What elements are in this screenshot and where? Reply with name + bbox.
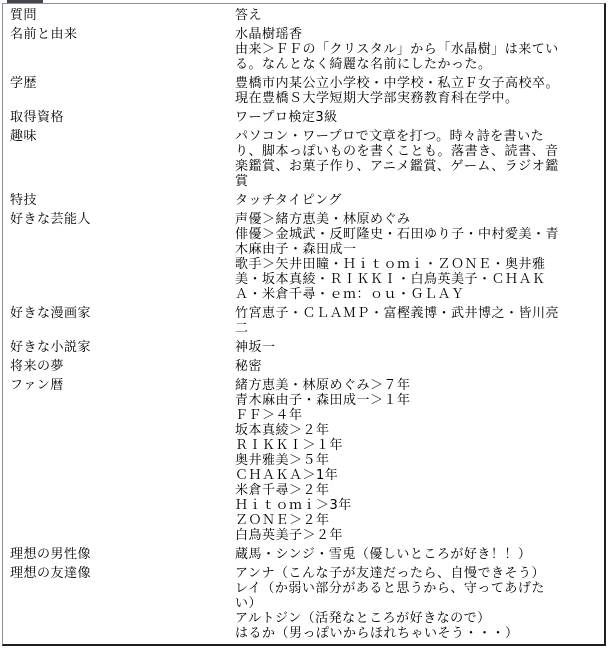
profile-table: 質問 答え 名前と由来 水晶樹瑶香 由来＞ＦＦの「クリスタル」から「水晶樹」は来… bbox=[3, 4, 604, 644]
answer-cell: 豊橋市内某公立小学校・中学校・私立Ｆ女子高校卒。 現在豊橋Ｓ大学短期大学部実務教… bbox=[235, 72, 604, 106]
table-row: 理想の男性像 蔵馬・シンジ・雪兎（優しいところが好き！！） bbox=[3, 543, 604, 562]
question-cell: 好きな芸能人 bbox=[3, 208, 235, 302]
table-row: 取得資格 ワープロ検定3級 bbox=[3, 106, 604, 125]
table-row: 好きな小説家 神坂一 bbox=[3, 336, 604, 355]
question-cell: 学歴 bbox=[3, 72, 235, 106]
answer-cell: 緒方恵美・林原めぐみ＞７年 青木麻由子・森田成一＞１年 ＦＦ＞４年 坂本真綾＞２… bbox=[235, 374, 604, 543]
question-cell: 将来の夢 bbox=[3, 355, 235, 374]
question-cell: 理想の男性像 bbox=[3, 543, 235, 562]
table-row: 特技 タッチタイピング bbox=[3, 189, 604, 208]
answer-cell: 竹宮恵子・ＣＬＡＭＰ・富樫義博・武井博之・皆川亮 二 bbox=[235, 302, 604, 336]
table-header-row: 質問 答え bbox=[3, 4, 604, 23]
table-row: 好きな漫画家 竹宮恵子・ＣＬＡＭＰ・富樫義博・武井博之・皆川亮 二 bbox=[3, 302, 604, 336]
question-cell: 趣味 bbox=[3, 125, 235, 189]
table-row: 好きな芸能人 声優＞緒方恵美・林原めぐみ 俳優＞金城武・反町隆史・石田ゆり子・中… bbox=[3, 208, 604, 302]
question-cell: 好きな小説家 bbox=[3, 336, 235, 355]
answer-cell: 水晶樹瑶香 由来＞ＦＦの「クリスタル」から「水晶樹」は来てい る。なんとなく綺麗… bbox=[235, 23, 604, 72]
header-question-cell: 質問 bbox=[3, 4, 235, 23]
question-cell: 取得資格 bbox=[3, 106, 235, 125]
question-cell: ファン暦 bbox=[3, 374, 235, 543]
answer-cell: 秘密 bbox=[235, 355, 604, 374]
answer-cell: ワープロ検定3級 bbox=[235, 106, 604, 125]
table-row: ファン暦 緒方恵美・林原めぐみ＞７年 青木麻由子・森田成一＞１年 ＦＦ＞４年 坂… bbox=[3, 374, 604, 543]
table-row: 将来の夢 秘密 bbox=[3, 355, 604, 374]
question-cell: 理想の友達像 bbox=[3, 562, 235, 644]
question-cell: 特技 bbox=[3, 189, 235, 208]
question-cell: 好きな漫画家 bbox=[3, 302, 235, 336]
answer-cell: 声優＞緒方恵美・林原めぐみ 俳優＞金城武・反町隆史・石田ゆり子・中村愛美・青 木… bbox=[235, 208, 604, 302]
answer-cell: 神坂一 bbox=[235, 336, 604, 355]
answer-cell: アンナ（こんな子が友達だったら、自慢できそう） レイ（か弱い部分があると思うから… bbox=[235, 562, 604, 644]
table-row: 理想の友達像 アンナ（こんな子が友達だったら、自慢できそう） レイ（か弱い部分が… bbox=[3, 562, 604, 644]
answer-cell: パソコン・ワープロで文章を打つ。時々詩を書いた り、脚本っぽいものを書くことも。… bbox=[235, 125, 604, 189]
question-cell: 名前と由来 bbox=[3, 23, 235, 72]
table-row: 学歴 豊橋市内某公立小学校・中学校・私立Ｆ女子高校卒。 現在豊橋Ｓ大学短期大学部… bbox=[3, 72, 604, 106]
table-row: 趣味 パソコン・ワープロで文章を打つ。時々詩を書いた り、脚本っぽいものを書くこ… bbox=[3, 125, 604, 189]
profile-table-container: 質問 答え 名前と由来 水晶樹瑶香 由来＞ＦＦの「クリスタル」から「水晶樹」は来… bbox=[2, 3, 606, 646]
header-answer-cell: 答え bbox=[235, 4, 604, 23]
answer-cell: タッチタイピング bbox=[235, 189, 604, 208]
answer-cell: 蔵馬・シンジ・雪兎（優しいところが好き！！） bbox=[235, 543, 604, 562]
profile-page: 質問 答え 名前と由来 水晶樹瑶香 由来＞ＦＦの「クリスタル」から「水晶樹」は来… bbox=[0, 0, 614, 650]
table-row: 名前と由来 水晶樹瑶香 由来＞ＦＦの「クリスタル」から「水晶樹」は来てい る。な… bbox=[3, 23, 604, 72]
